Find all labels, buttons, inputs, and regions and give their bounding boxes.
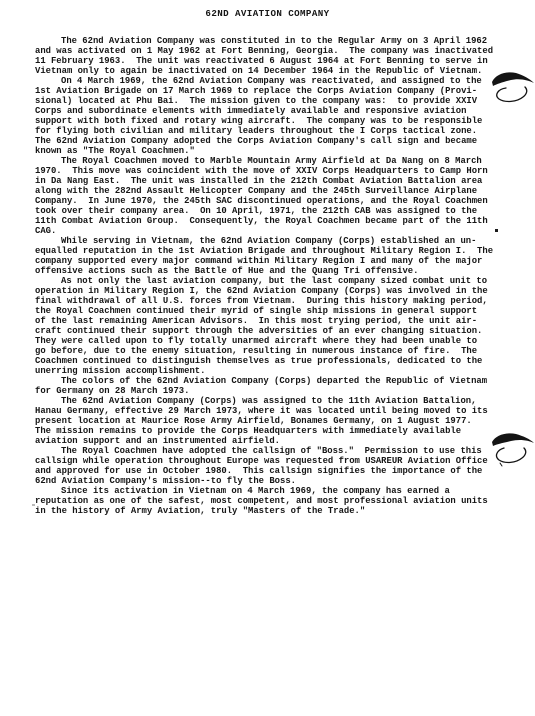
document-body: The 62nd Aviation Company was constitute… <box>35 36 511 516</box>
paragraph-3: The Royal Coachmen moved to Marble Mount… <box>35 156 511 236</box>
paragraph-1: The 62nd Aviation Company was constitute… <box>35 36 511 76</box>
paragraph-9: Since its activation in Vietnam on 4 Mar… <box>35 486 511 516</box>
paragraph-7: The 62nd Aviation Company (Corps) was as… <box>35 396 511 446</box>
paragraph-8: The Royal Coachmen have adopted the call… <box>35 446 511 486</box>
document-page: 62ND AVIATION COMPANY The 62nd Aviation … <box>0 0 535 716</box>
paragraph-2: On 4 March 1969, the 62nd Aviation Compa… <box>35 76 511 156</box>
paragraph-6: The colors of the 62nd Aviation Company … <box>35 376 511 396</box>
paragraph-5: As not only the last aviation company, b… <box>35 276 511 376</box>
paragraph-4: While serving in Vietnam, the 62nd Aviat… <box>35 236 511 276</box>
document-title: 62ND AVIATION COMPANY <box>0 8 535 19</box>
